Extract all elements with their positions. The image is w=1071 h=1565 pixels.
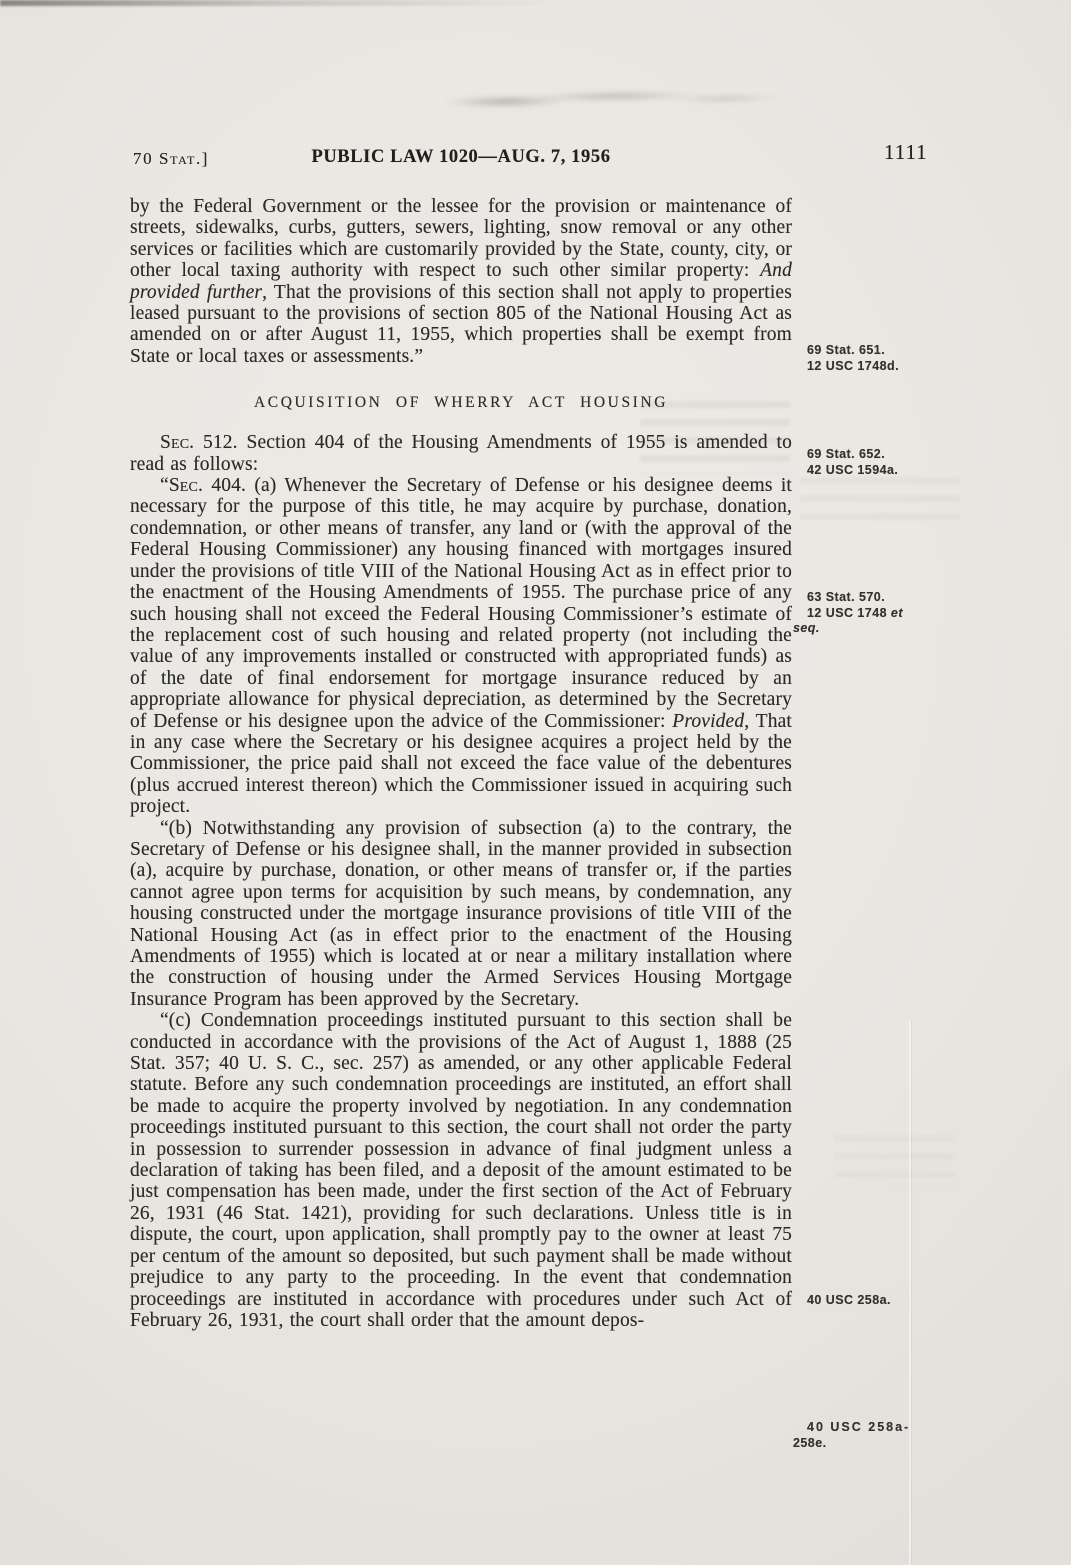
paragraph-sec-404c: “(c) Condemnation proceedings instituted… bbox=[130, 1010, 792, 1331]
paragraph-sec-512: Sec. 512. Section 404 of the Housing Ame… bbox=[130, 432, 792, 475]
body-text-column: by the Federal Government or the lessee … bbox=[130, 196, 792, 1331]
paragraph-continuation: by the Federal Government or the lessee … bbox=[130, 196, 792, 367]
paragraph-sec-404a: “Sec. 404. (a) Whenever the Secretary of… bbox=[130, 475, 792, 818]
section-heading: ACQUISITION OF WHERRY ACT HOUSING bbox=[130, 394, 792, 412]
margin-note-citation: 69 Stat. 652.42 USC 1594a. bbox=[793, 447, 992, 478]
statute-page: 70 Stat.] PUBLIC LAW 1020—AUG. 7, 1956 1… bbox=[0, 0, 1071, 1565]
margin-note-citation: 63 Stat. 570.12 USC 1748 etseq. bbox=[793, 590, 992, 637]
margin-note-citation: 40 USC 258a. bbox=[793, 1293, 992, 1309]
ink-bleedthrough bbox=[835, 1130, 955, 1190]
law-title: PUBLIC LAW 1020—AUG. 7, 1956 bbox=[130, 147, 792, 168]
scan-edge-shadow bbox=[0, 0, 620, 6]
scan-smudge bbox=[415, 83, 780, 114]
paragraph-sec-404b: “(b) Notwithstanding any provision of su… bbox=[130, 818, 792, 1011]
ink-bleedthrough bbox=[800, 472, 960, 530]
margin-note-citation: 40 USC 258a-258e. bbox=[793, 1420, 992, 1451]
margin-note-citation: 69 Stat. 651.12 USC 1748d. bbox=[793, 343, 992, 374]
page-number: 1111 bbox=[884, 140, 928, 165]
